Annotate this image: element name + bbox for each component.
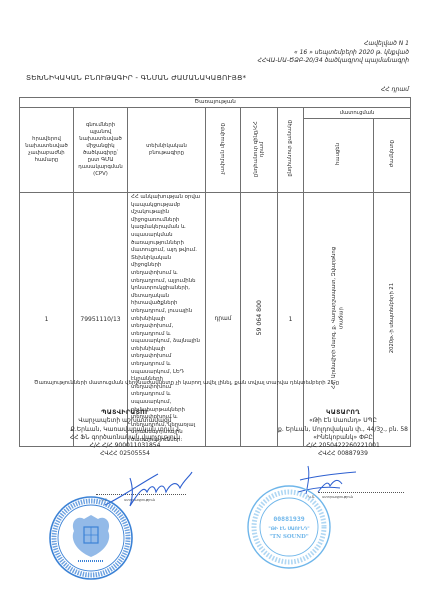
government-seal-icon <box>48 495 134 581</box>
deadline-label: ժամկետը <box>389 140 396 167</box>
company-stamp-icon: 00881939 "ԹԻ ԷՆ ՍԱՈՒՆԴ" "TN SOUND" <box>246 484 332 570</box>
address-value: ՀՀ, Արմավիրի մարզ, ք. Վաղարշապատ, Զվարթն… <box>331 247 346 389</box>
customer-account: Հ/Հ Հ/Հ 900011031854 <box>60 442 190 450</box>
contractor-tax-id: ՀՎՀՀ 00887939 <box>268 450 418 458</box>
col-header-total-price: ընդհանուր գինը/ՀՀ դրամ <box>241 108 278 193</box>
contractor-address: ք. Երևան, Մոլդովական փ., 44/3շ., բն. 58 <box>268 426 418 434</box>
customer-address: Ք.Երևան, Կառավարական տուն 1 <box>60 426 190 434</box>
total-price-value: 59 064 800 <box>256 300 263 335</box>
contractor-account: Հ/Հ 2050422260221001 <box>268 442 418 450</box>
total-qty-label: ընդհանուր քանակը <box>287 120 294 177</box>
annex-contract-code: ՀՀՎԱ-ՄԱ-ԾՁԲ-20/34 ծածկագրով պայմանագրի <box>258 57 409 66</box>
total-price-label: ընդհանուր գինը/ՀՀ դրամ <box>253 121 265 177</box>
col-header-total-qty: ընդհանուր քանակը <box>278 108 304 193</box>
deadline-value: 2020թ.-ի սեպտեմբերի 21 <box>389 283 396 353</box>
annex-number: Հավելված N 1 <box>258 40 409 49</box>
address-label: հասցեն <box>335 143 342 165</box>
contractor-heading: ԿԱՏԱՐՈՂ <box>268 409 418 417</box>
customer-heading: ՊԱՏՎԻՐԱՏՈՒ <box>60 409 190 417</box>
col-header-tech-spec: տեխնիկական բնութագիրը <box>128 108 206 193</box>
currency-note: ՀՀ դրամ <box>381 86 409 93</box>
cell-unit: դրամ <box>206 193 241 447</box>
col-header-unit: չափման միավորը <box>206 108 241 193</box>
svg-text:"ԹԻ ԷՆ ՍԱՈՒՆԴ": "ԹԻ ԷՆ ՍԱՈՒՆԴ" <box>268 526 309 532</box>
annex-header: Հավելված N 1 « 16 » սեպտեմբերի 2020 թ. կ… <box>258 40 409 66</box>
footnote: Ծառայությունների մատուցման վերջնաժամկետը… <box>34 380 339 386</box>
contractor-bank: «Ինեկոբանկ» ՓԲԸ <box>268 434 418 442</box>
col-header-cpv: գնումների պլանով նախատեսված միջանցիկ ծած… <box>74 108 128 193</box>
svg-text:"TN SOUND": "TN SOUND" <box>269 534 309 540</box>
customer-block: ՊԱՏՎԻՐԱՏՈՒ Վարչապետի աշխատակազմ Ք.Երևան,… <box>60 409 190 459</box>
contractor-name: «Թի Էն Սաունդ» ՍՊԸ <box>268 417 418 425</box>
document-title: ՏԵԽՆԻԿԱԿԱՆ ԲՆՈՒԹԱԳԻՐ - ԳՆՄԱՆ ԺԱՄԱՆԱԿԱՑՈՒ… <box>26 73 246 82</box>
contractor-block: ԿԱՏԱՐՈՂ «Թի Էն Սաունդ» ՍՊԸ ք. Երևան, Մոլ… <box>268 409 418 459</box>
specification-table: Ծառայության հրավերով նախատեսված չափաբաժն… <box>19 97 411 447</box>
customer-tax-id: ՀՎՀՀ 02505554 <box>60 450 190 458</box>
annex-date: « 16 » սեպտեմբերի 2020 թ. կնքված <box>258 49 409 58</box>
delivery-header: մատուցման <box>304 108 411 119</box>
customer-bank: ՀՀ ՖՆ գործառնական վարչություն <box>60 434 190 442</box>
svg-text:00881939: 00881939 <box>273 515 304 523</box>
col-header-address: հասցեն <box>304 119 374 193</box>
col-header-lot-number: հրավերով նախատեսված չափաբաժնի համարը <box>20 108 74 193</box>
customer-name: Վարչապետի աշխատակազմ <box>60 417 190 425</box>
col-header-deadline: ժամկետը <box>374 119 411 193</box>
unit-label: չափման միավորը <box>220 123 227 174</box>
group-header: Ծառայության <box>20 98 411 108</box>
